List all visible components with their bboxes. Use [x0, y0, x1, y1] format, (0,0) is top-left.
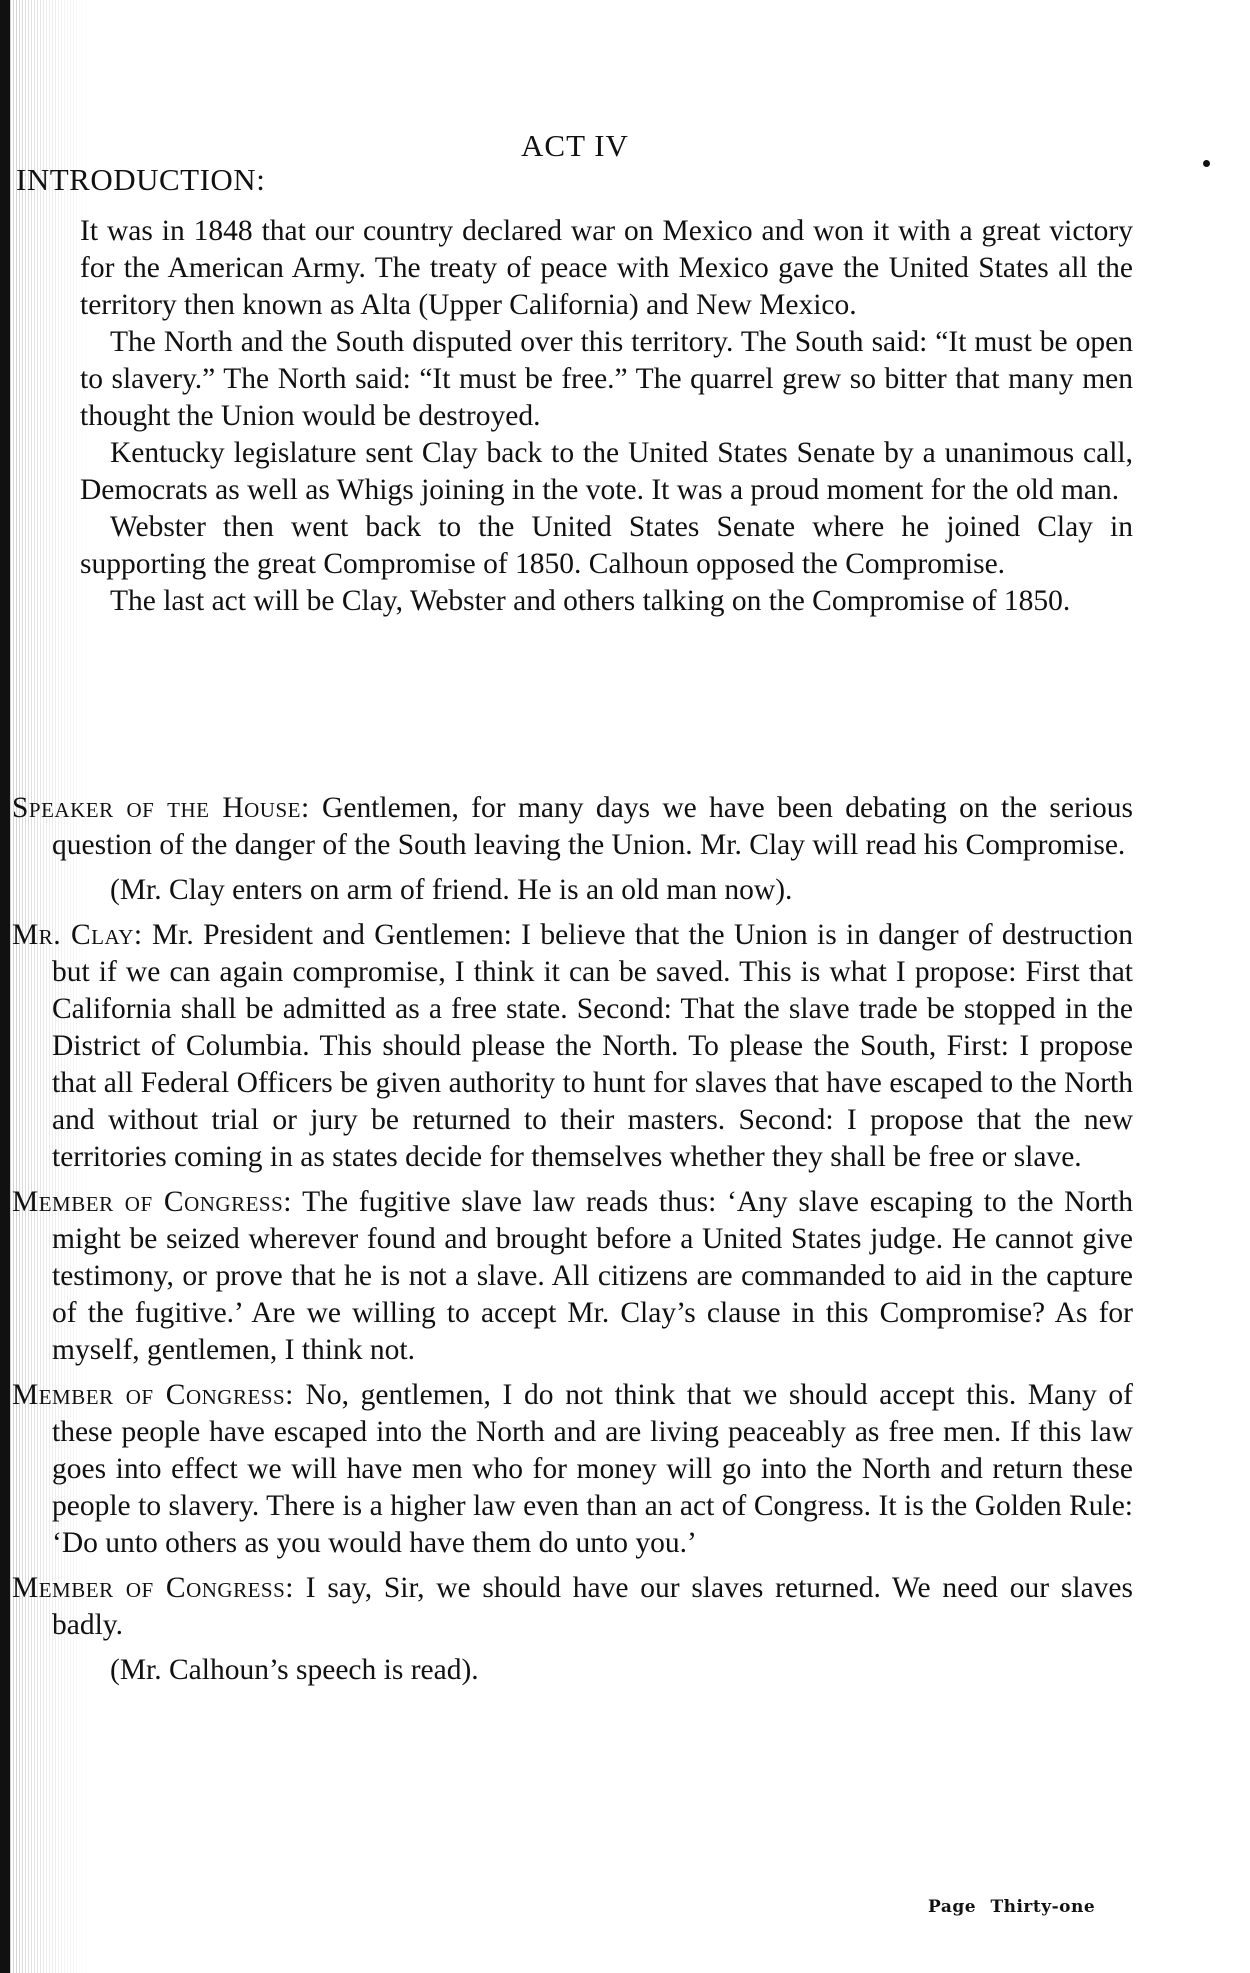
- speech-member-of-congress: Member of Congress: The fugitive slave l…: [0, 1184, 1133, 1369]
- page-number: Page Thirty-one: [928, 1897, 1095, 1917]
- speech-member-of-congress: Member of Congress: I say, Sir, we shoul…: [0, 1570, 1133, 1644]
- intro-paragraph: Webster then went back to the United Sta…: [0, 509, 1133, 583]
- speech-text: Mr. President and Gentlemen: I believe t…: [52, 919, 1133, 1173]
- intro-paragraph: The North and the South disputed over th…: [0, 324, 1133, 435]
- act-title: ACT IV: [0, 128, 1150, 164]
- speaker-name: Member of Congress:: [12, 1572, 294, 1604]
- intro-paragraph: Kentucky legislature sent Clay back to t…: [0, 435, 1133, 509]
- speaker-name: Mr. Clay:: [12, 919, 143, 951]
- stage-direction: (Mr. Clay enters on arm of friend. He is…: [0, 872, 1133, 909]
- intro-heading: INTRODUCTION:: [16, 162, 265, 198]
- stage-direction: (Mr. Calhoun’s speech is read).: [0, 1652, 1133, 1689]
- introduction-section: It was in 1848 that our country declared…: [0, 213, 1250, 620]
- speaker-name: Member of Congress:: [12, 1186, 292, 1218]
- scan-speck: [1203, 160, 1210, 167]
- intro-paragraph: The last act will be Clay, Webster and o…: [0, 583, 1133, 620]
- intro-paragraph: It was in 1848 that our country declared…: [0, 213, 1133, 324]
- speaker-name: Speaker of the House:: [12, 792, 310, 824]
- speech-mr-clay: Mr. Clay: Mr. President and Gentlemen: I…: [0, 917, 1133, 1176]
- speech-speaker-of-the-house: Speaker of the House: Gentlemen, for man…: [0, 790, 1133, 864]
- dialogue-section: Speaker of the House: Gentlemen, for man…: [0, 790, 1250, 1697]
- speech-member-of-congress: Member of Congress: No, gentlemen, I do …: [0, 1377, 1133, 1562]
- speaker-name: Member of Congress:: [12, 1379, 294, 1411]
